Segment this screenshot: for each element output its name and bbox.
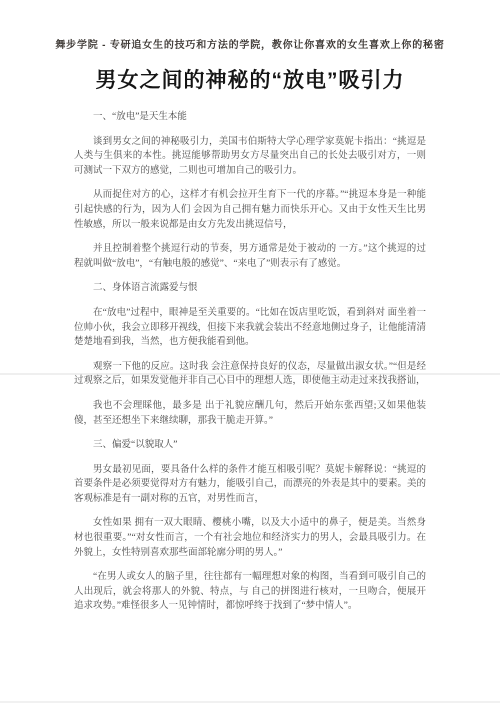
section-1-heading: 一、“放电”是天生本能 [74,110,426,125]
section-2-paragraph-1: 在“放电”过程中，眼神是至关重要的。“比如在饭店里吃饭，看到斜对 面坐着一位帅小… [74,306,426,350]
section-3-paragraph-3: “在男人或女人的脑子里，往往都有一幅理想对象的构图，当看到可吸引自己的人出现后，… [74,570,426,614]
section-3-paragraph-2: 女性如果 拥有一双大眼睛、樱桃小嘴，以及大小适中的鼻子，便是美。当然身材也很重要… [74,516,426,560]
section-2-paragraph-3: 我也不会理睬他，最多是 出于礼貌应酬几句，然后开始东张西望;又如果他装傻，甚至还… [74,399,426,428]
section-3-paragraph-1: 男女最初见面，要具备什么样的条件才能互相吸引呢？莫妮卡解释说：“挑逗的首要条件是… [74,463,426,507]
section-1-paragraph-2: 从而捉住对方的心，这样才有机会拉开生育下一代的序幕。”“挑逗本身是一种能引起快感… [74,188,426,232]
article-body: 一、“放电”是天生本能 谈到男女之间的神秘吸引力，美国韦伯斯特大学心理学家莫妮卡… [74,110,426,614]
article-title: 男女之间的神秘的“放电”吸引力 [0,64,500,94]
section-2-heading: 二、身体语言流露爱与恨 [74,281,426,296]
section-3-heading: 三、偏爱“以貌取人” [74,438,426,453]
section-1-paragraph-1: 谈到男女之间的神秘吸引力，美国韦伯斯特大学心理学家莫妮卡指出：“挑逗是人类与生俱… [74,135,426,179]
site-masthead-tagline: 舞步学院 - 专研追女生的技巧和方法的学院，教你让你喜欢的女生喜欢上你的秘密 [0,0,500,51]
section-1-paragraph-3: 并且控制着整个挑逗行动的节奏，男方通常是处于被动的 一方。”这个挑逗的过程就叫做… [74,242,426,271]
page-bottom-divider [0,701,500,703]
section-2-paragraph-2: 观察一下他的反应。这时我 会注意保持良好的仪态，尽量做出淑女状。”“但是经过观察… [74,360,426,389]
document-page: 舞步学院 - 专研追女生的技巧和方法的学院，教你让你喜欢的女生喜欢上你的秘密 男… [0,0,500,708]
